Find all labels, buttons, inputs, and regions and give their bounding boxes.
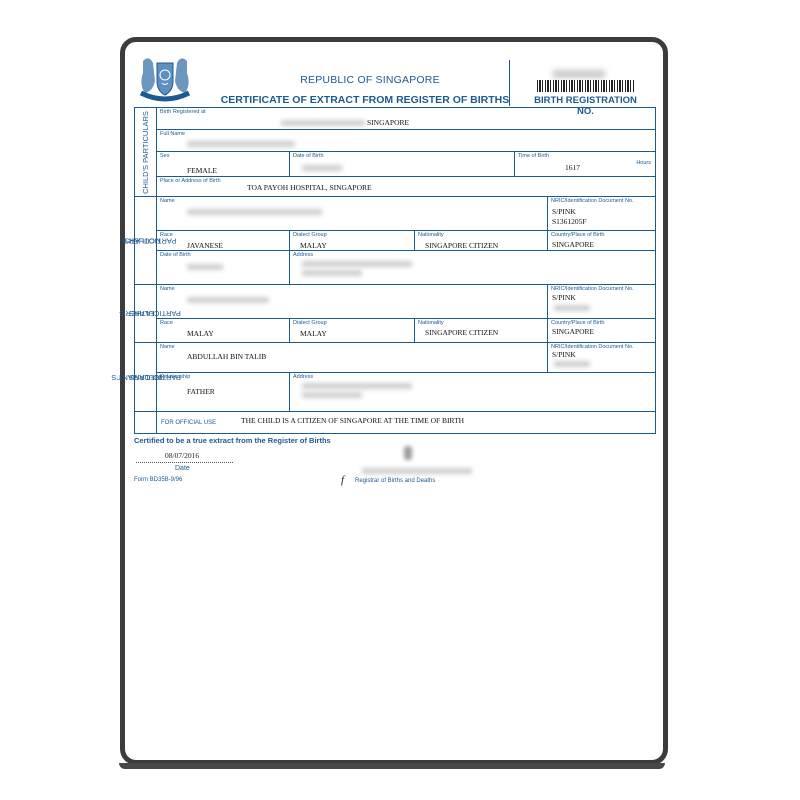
country-heading: REPUBLIC OF SINGAPORE — [240, 74, 500, 86]
signature-icon: f — [341, 474, 344, 486]
official-use-section: FOR OFFICIAL USE THE CHILD IS A CITIZEN … — [135, 412, 655, 434]
mother-name-field: Name — [157, 197, 548, 231]
informant-relationship-field: Relationship FATHER — [157, 373, 290, 411]
date-label: Date — [175, 465, 190, 472]
mother-country-field: Country/Place of Birth SINGAPORE — [548, 231, 655, 251]
coat-of-arms-icon — [135, 53, 195, 105]
form-number: Form BD35B-9/96 — [134, 477, 182, 483]
child-section-label: CHILD'S PARTICULARS — [135, 108, 157, 196]
redacted-registrar-name — [362, 468, 472, 474]
father-name-field: Name — [157, 285, 548, 319]
informant-name-field: Name ABDULLAH BIN TALIB — [157, 343, 548, 373]
official-use-label: FOR OFFICIAL USE — [161, 420, 216, 426]
mother-nationality-field: Nationality SINGAPORE CITIZEN — [415, 231, 548, 251]
informant-nric-field: NRIC/Identification Document No. S/PINK — [548, 343, 655, 373]
registrar-label: Registrar of Births and Deaths — [355, 478, 435, 484]
mother-dob-field: Date of Birth — [157, 251, 290, 284]
child-place-field: Place or Address of Birth TOA PAYOH HOSP… — [157, 177, 655, 196]
mother-nric-field: NRIC/Identification Document No. S/PINK … — [548, 197, 655, 231]
date-line — [136, 462, 233, 463]
mother-address-field: Address — [290, 251, 655, 284]
child-section: CHILD'S PARTICULARS Birth Registered at … — [135, 108, 655, 197]
father-dialect-field: Dialect Group MALAY — [290, 319, 415, 343]
mother-race-field: Race JAVANESE — [157, 231, 290, 251]
birth-registered-at-field: Birth Registered at SINGAPORE — [157, 108, 655, 130]
header-divider — [509, 60, 510, 106]
signature-mark — [404, 446, 412, 460]
mother-dialect-field: Dialect Group MALAY — [290, 231, 415, 251]
official-use-value: THE CHILD IS A CITIZEN OF SINGAPORE AT T… — [241, 416, 464, 425]
mother-section: MOTHER'SPARTICULARS Name NRIC/Identifica… — [135, 197, 655, 285]
redacted-registration-number — [553, 70, 605, 78]
certification-statement: Certified to be a true extract from the … — [134, 436, 331, 445]
father-section-label: FATHER'SPARTICULARS — [135, 285, 157, 342]
father-country-field: Country/Place of Birth SINGAPORE — [548, 319, 655, 343]
child-time-field: Time of Birth 1617 Hours — [515, 152, 655, 177]
child-dob-field: Date of Birth — [290, 152, 515, 177]
mother-section-label: MOTHER'SPARTICULARS — [135, 197, 157, 284]
birth-record-form: CHILD'S PARTICULARS Birth Registered at … — [134, 107, 656, 434]
informant-section-label: INFORMANT'SPARTICULARS — [135, 343, 157, 411]
certificate-title: CERTIFICATE OF EXTRACT FROM REGISTER OF … — [215, 94, 515, 106]
informant-address-field: Address — [290, 373, 655, 411]
barcode-icon — [537, 80, 634, 92]
father-nric-field: NRIC/Identification Document No. S/PINK — [548, 285, 655, 319]
child-sex-field: Sex FEMALE — [157, 152, 290, 177]
child-full-name-field: Full Name — [157, 130, 655, 152]
father-section: FATHER'SPARTICULARS Name NRIC/Identifica… — [135, 285, 655, 343]
issue-date: 08/07/2016 — [165, 451, 199, 460]
official-use-side — [135, 412, 157, 434]
informant-section: INFORMANT'SPARTICULARS Name ABDULLAH BIN… — [135, 343, 655, 412]
father-race-field: Race MALAY — [157, 319, 290, 343]
father-nationality-field: Nationality SINGAPORE CITIZEN — [415, 319, 548, 343]
